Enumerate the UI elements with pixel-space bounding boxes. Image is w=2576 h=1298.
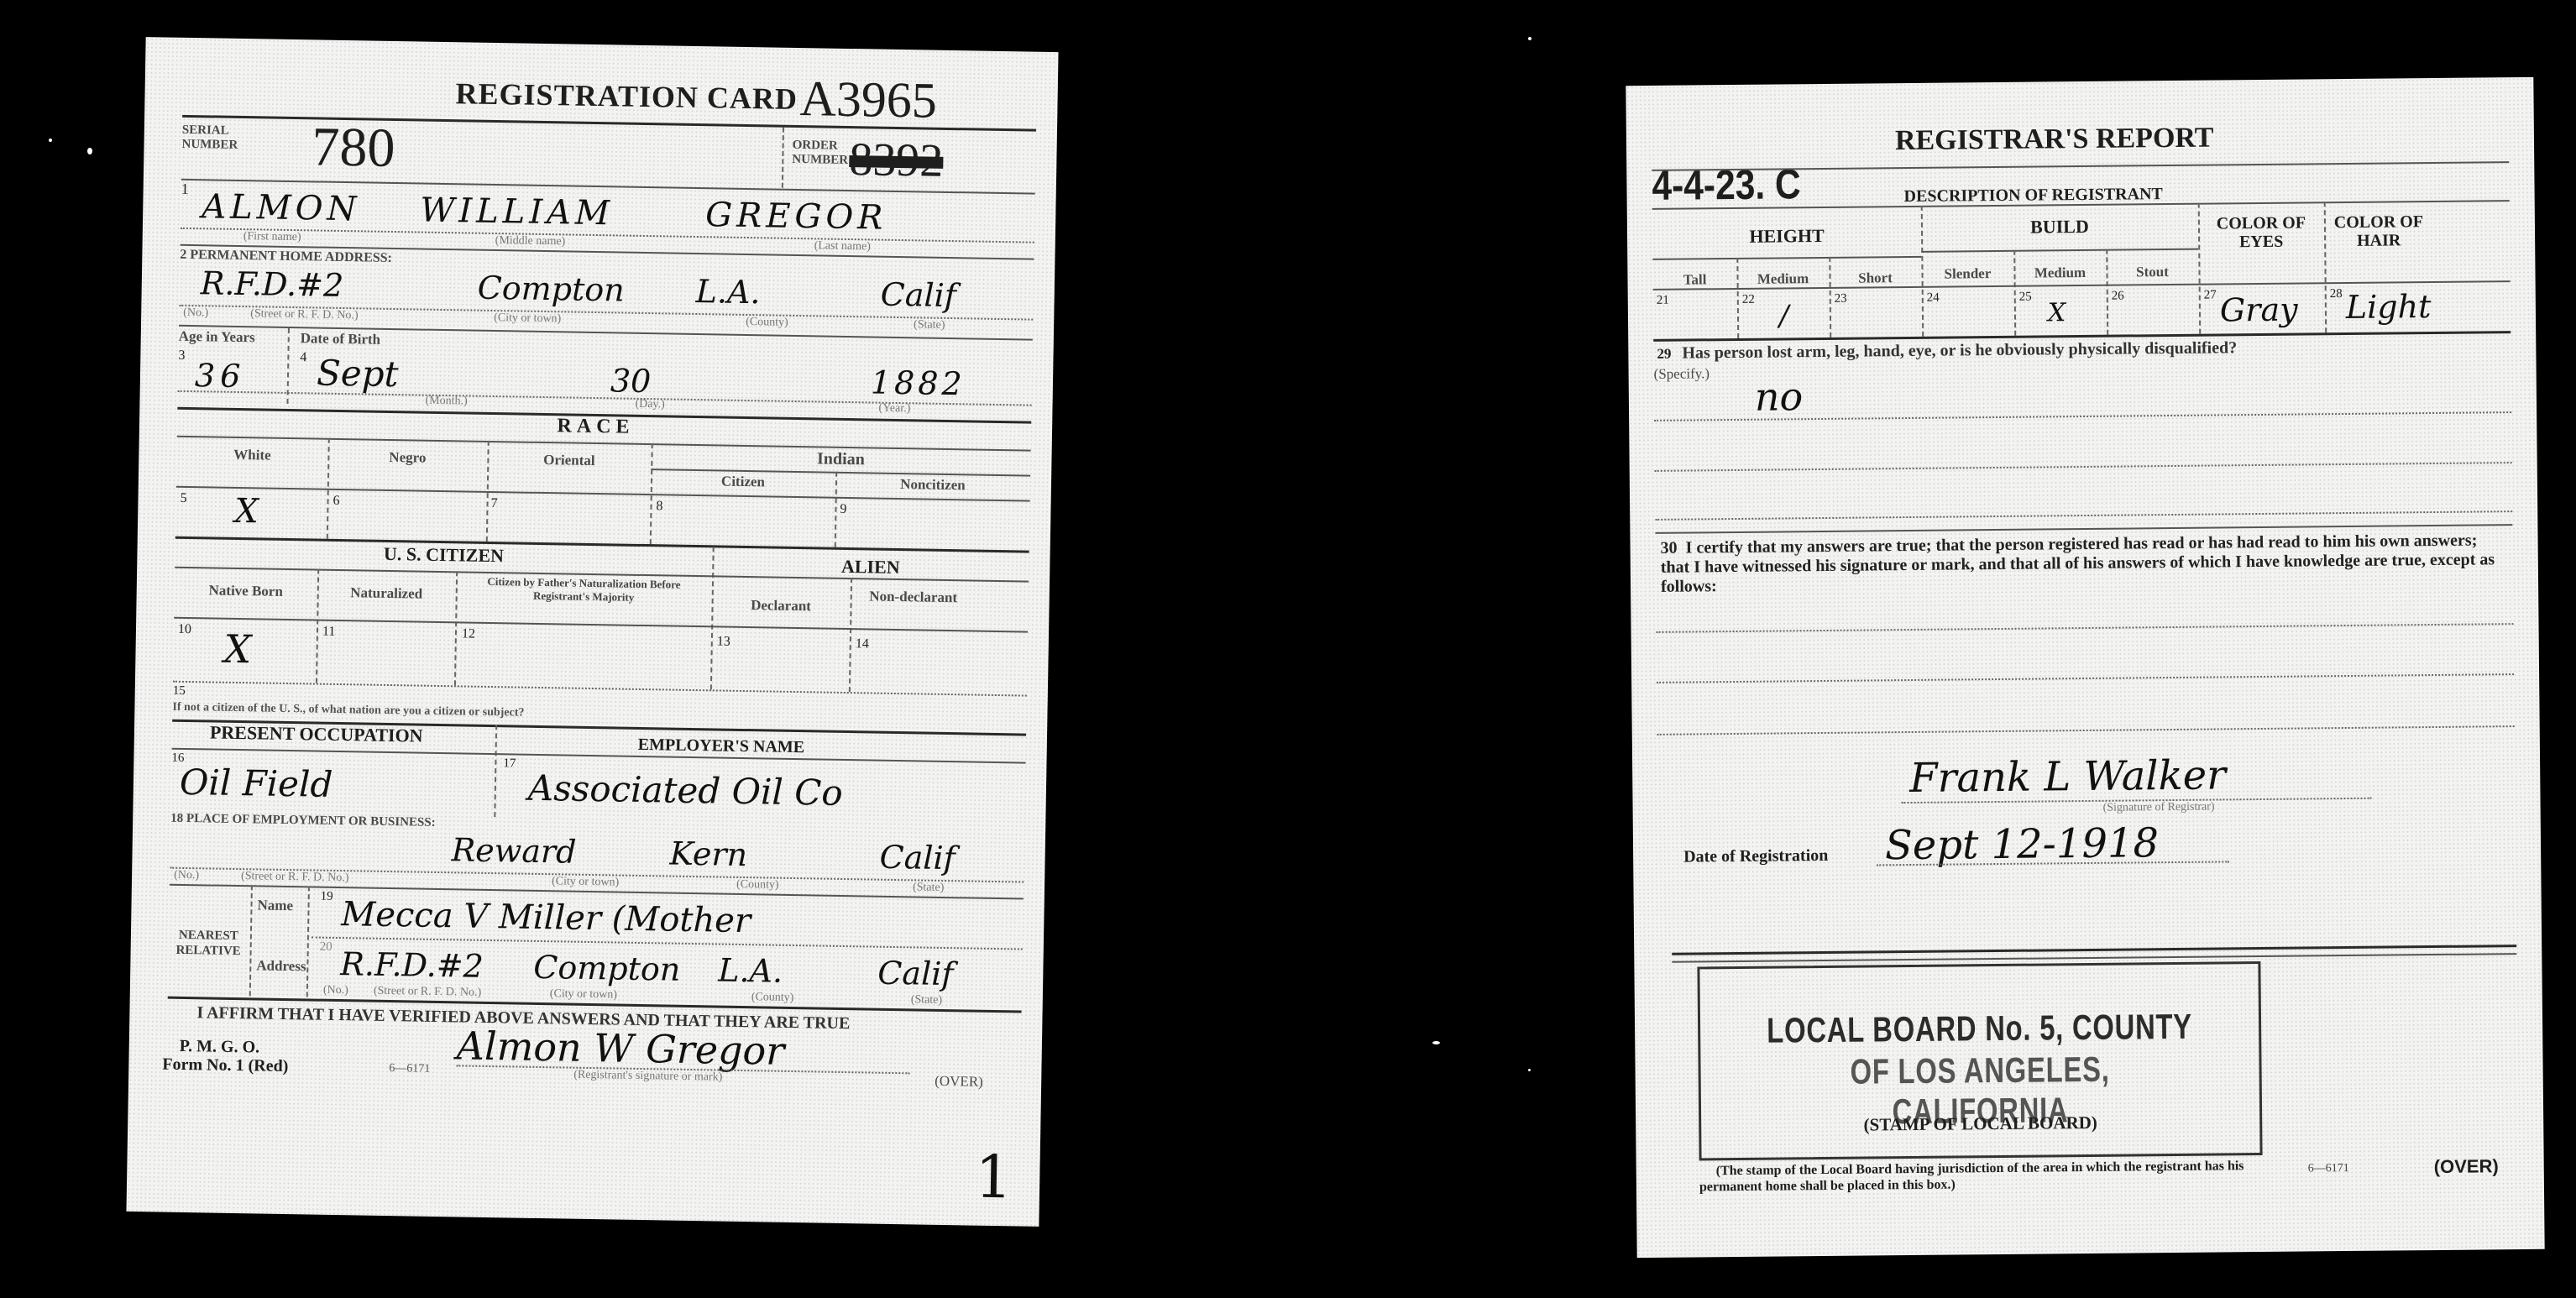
relative-county-label: (County) — [751, 991, 794, 1005]
employment-city-label: (City or town) — [552, 875, 619, 889]
stamp-caption: (STAMP OF LOCAL BOARD) — [1701, 1111, 2259, 1137]
relative-name-label: Name — [257, 897, 293, 914]
hair-color-value: Light — [2346, 288, 2432, 326]
field-number: 28 — [2330, 287, 2343, 301]
divider — [1921, 249, 2198, 253]
declarant-label: Declarant — [711, 596, 850, 615]
registrar-signature-label: (Signature of Registrar) — [2103, 801, 2215, 815]
field-number: 30 — [1661, 539, 1678, 557]
first-name: ALMON — [202, 187, 361, 228]
relative-state-label: (State) — [911, 993, 943, 1008]
field-number: 8 — [656, 499, 662, 514]
divider — [1672, 953, 2516, 963]
divider — [494, 725, 497, 817]
height-short-label: Short — [1829, 270, 1921, 287]
print-code: 6—6171 — [389, 1062, 430, 1076]
last-name-label: (Last name) — [814, 239, 872, 254]
field-number: 11 — [322, 625, 336, 640]
relative-no-label: (No.) — [323, 984, 348, 997]
employment-county-label: (County) — [736, 878, 779, 892]
last-name: GREGOR — [705, 196, 887, 238]
employment-no-label: (No.) — [174, 869, 199, 882]
employment-street-label: (Street or R. F. D. No.) — [241, 870, 349, 885]
field-number: 25 — [2019, 290, 2032, 305]
build-heading: BUILD — [1921, 215, 2198, 239]
field-number: 14 — [856, 636, 869, 652]
date-of-registration-label: Date of Registration — [1683, 846, 1828, 867]
stamp-line-1: LOCAL BOARD No. 5, COUNTY — [1762, 1007, 2197, 1051]
divider — [1655, 510, 2512, 521]
serial-number: 780 — [312, 115, 395, 181]
specify-label: (Specify.) — [1654, 365, 1710, 383]
divider — [1652, 256, 1921, 260]
race-oriental-label: Oriental — [487, 451, 651, 470]
race-white-mark: X — [234, 492, 259, 531]
divider — [1657, 725, 2515, 735]
divider — [1657, 673, 2514, 683]
address-street-label: (Street or R. F. D. No.) — [250, 307, 359, 322]
relative-street-label: (Street or R. F. D. No.) — [374, 985, 482, 1000]
middle-name: WILLIAM — [420, 191, 614, 233]
stamp-note: (The stamp of the Local Board having jur… — [1699, 1158, 2262, 1195]
registrars-report-card: 4-4-23. C REGISTRAR'S REPORT DESCRIPTION… — [1626, 77, 2544, 1258]
home-address-label: 2 PERMANENT HOME ADDRESS: — [180, 248, 392, 266]
divider — [1829, 257, 1831, 338]
field-number: 26 — [2112, 290, 2124, 304]
relative-street: R.F.D.#2 — [340, 945, 484, 985]
over-label: (OVER) — [2434, 1155, 2499, 1178]
place-of-employment-label: 18 PLACE OF EMPLOYMENT OR BUSINESS: — [170, 812, 436, 830]
eye-color-heading: COLOR OF EYES — [2198, 213, 2324, 251]
build-medium-label: Medium — [2013, 264, 2106, 282]
disability-question: Has person lost arm, leg, hand, eye, or … — [1682, 338, 2237, 363]
employer-value: Associated Oil Co — [528, 767, 844, 814]
home-street: R.F.D.#2 — [200, 264, 343, 304]
dob-month-label: (Month.) — [425, 395, 467, 409]
race-negro-label: Negro — [327, 448, 487, 468]
field-number: 9 — [840, 502, 846, 517]
dob-month: Sept — [317, 353, 399, 395]
form-id: Form No. 1 (Red) — [162, 1055, 288, 1076]
field-number: 6 — [332, 494, 339, 509]
dob-year: 1882 — [871, 364, 966, 402]
relative-city-label: (City or town) — [550, 987, 617, 1002]
non-declarant-label: Non-declarant — [851, 588, 976, 605]
race-indian-noncitizen-label: Noncitizen — [835, 475, 1030, 495]
home-county: L.A. — [695, 273, 761, 311]
relative-address-label: Address — [256, 957, 306, 975]
order-number: 8392 — [849, 133, 944, 188]
local-board-stamp-box: LOCAL BOARD No. 5, COUNTY OF LOS ANGELES… — [1697, 961, 2262, 1160]
employer-heading: EMPLOYER'S NAME — [638, 735, 805, 757]
nearest-relative-label: NEAREST RELATIVE — [168, 928, 249, 960]
build-medium-mark: X — [2048, 298, 2066, 327]
address-no-label: (No.) — [183, 306, 208, 320]
report-title: REGISTRAR'S REPORT — [1895, 123, 2214, 158]
field-number: 1 — [181, 181, 188, 198]
form-office: P. M. G. O. — [180, 1037, 260, 1058]
dust-speck — [1528, 37, 1531, 40]
employment-city: Reward — [451, 831, 576, 870]
employment-county: Kern — [669, 835, 747, 874]
native-born-label: Native Born — [175, 582, 317, 601]
age-label: Age in Years — [179, 328, 255, 347]
signature-label: (Registrant's signature or mark) — [573, 1069, 722, 1085]
home-city: Compton — [477, 270, 625, 309]
field-number: 17 — [503, 756, 516, 771]
field-number: 20 — [320, 940, 332, 955]
address-city-label: (City or town) — [494, 311, 561, 326]
address-state-label: (State) — [914, 318, 945, 332]
height-tall-label: Tall — [1652, 271, 1736, 289]
employment-state-label: (State) — [913, 881, 945, 895]
divider — [174, 617, 1028, 633]
field-number: 24 — [1927, 291, 1940, 306]
card-title: REGISTRATION CARD — [455, 76, 798, 117]
field-number: 22 — [1742, 293, 1755, 307]
divider — [1657, 623, 2514, 633]
registrar-signature: Frank L Walker — [1909, 751, 2226, 802]
occupation-value: Oil Field — [180, 762, 333, 805]
address-county-label: (County) — [746, 316, 788, 330]
dust-speck — [1432, 1041, 1440, 1044]
field-number: 4 — [300, 350, 306, 365]
height-heading: HEIGHT — [1652, 224, 1921, 249]
field-number: 27 — [2204, 288, 2217, 302]
margin-mark: 1 — [975, 1143, 1013, 1212]
height-medium-label: Medium — [1736, 270, 1829, 288]
serial-number-label: SERIAL NUMBER — [181, 123, 241, 153]
relative-name: Mecca V Miller (Mother — [341, 895, 751, 940]
certification-text: I certify that my answers are true; that… — [1661, 531, 2495, 596]
stamped-number: 4-4-23. C — [1652, 160, 1801, 210]
divider — [2106, 249, 2108, 335]
stamped-number: A3965 — [799, 70, 937, 130]
registration-card: REGISTRATION CARD A3965 SERIAL NUMBER 78… — [126, 37, 1058, 1227]
divider — [249, 885, 253, 996]
hair-color-heading: COLOR OF HAIR — [2324, 212, 2433, 250]
field-number: 23 — [1835, 292, 1847, 306]
field-number: 19 — [321, 890, 333, 904]
field-number: 29 — [1657, 346, 1671, 363]
divider — [782, 128, 784, 188]
height-medium-mark: / — [1779, 299, 1789, 332]
divider — [1736, 258, 1739, 338]
divider — [173, 681, 1027, 697]
field-number: 10 — [178, 622, 191, 637]
occupation-heading: PRESENT OCCUPATION — [210, 721, 423, 746]
build-slender-label: Slender — [1921, 265, 2013, 283]
dust-speck — [87, 148, 92, 154]
home-state: Calif — [880, 276, 956, 314]
divider — [1655, 462, 2512, 472]
build-stout-label: Stout — [2106, 264, 2198, 281]
citizen-by-father-label: Citizen by Father's Naturalization Befor… — [460, 574, 708, 605]
print-code: 6—6171 — [2308, 1162, 2349, 1175]
dob-year-label: (Year.) — [878, 402, 910, 416]
nationality-label: If not a citizen of the U. S., of what n… — [172, 701, 524, 720]
dust-speck — [49, 139, 52, 142]
field-number: 13 — [717, 634, 730, 649]
relative-state: Calif — [877, 955, 954, 992]
eye-color-value: Gray — [2220, 291, 2298, 329]
dob-day: 30 — [610, 362, 652, 400]
divider — [2013, 250, 2016, 336]
field-number: 15 — [173, 684, 186, 699]
disability-answer: no — [1755, 374, 1804, 420]
first-name-label: (First name) — [243, 230, 301, 244]
age-value: 36 — [195, 357, 246, 395]
dob-label: Date of Birth — [301, 330, 381, 348]
dob-day-label: (Day.) — [635, 398, 665, 412]
field-number: 7 — [490, 496, 497, 511]
middle-name-label: (Middle name) — [495, 234, 566, 249]
naturalized-label: Naturalized — [317, 584, 456, 604]
race-white-label: White — [176, 446, 327, 465]
field-number: 12 — [462, 626, 475, 641]
divider — [172, 748, 1026, 764]
native-born-mark: X — [223, 626, 252, 673]
field-number: 3 — [178, 348, 185, 364]
over-label: (OVER) — [935, 1073, 983, 1091]
race-indian-heading: Indian — [651, 447, 1030, 472]
race-indian-citizen-label: Citizen — [651, 472, 835, 492]
divider — [306, 886, 310, 997]
employment-state: Calif — [879, 839, 956, 877]
dust-speck — [1528, 1069, 1531, 1071]
order-number-label: ORDER NUMBER — [792, 139, 851, 168]
relative-city: Compton — [533, 949, 681, 988]
relative-county: L.A. — [718, 952, 783, 990]
field-number: 21 — [1657, 294, 1669, 308]
field-number: 5 — [180, 491, 186, 506]
